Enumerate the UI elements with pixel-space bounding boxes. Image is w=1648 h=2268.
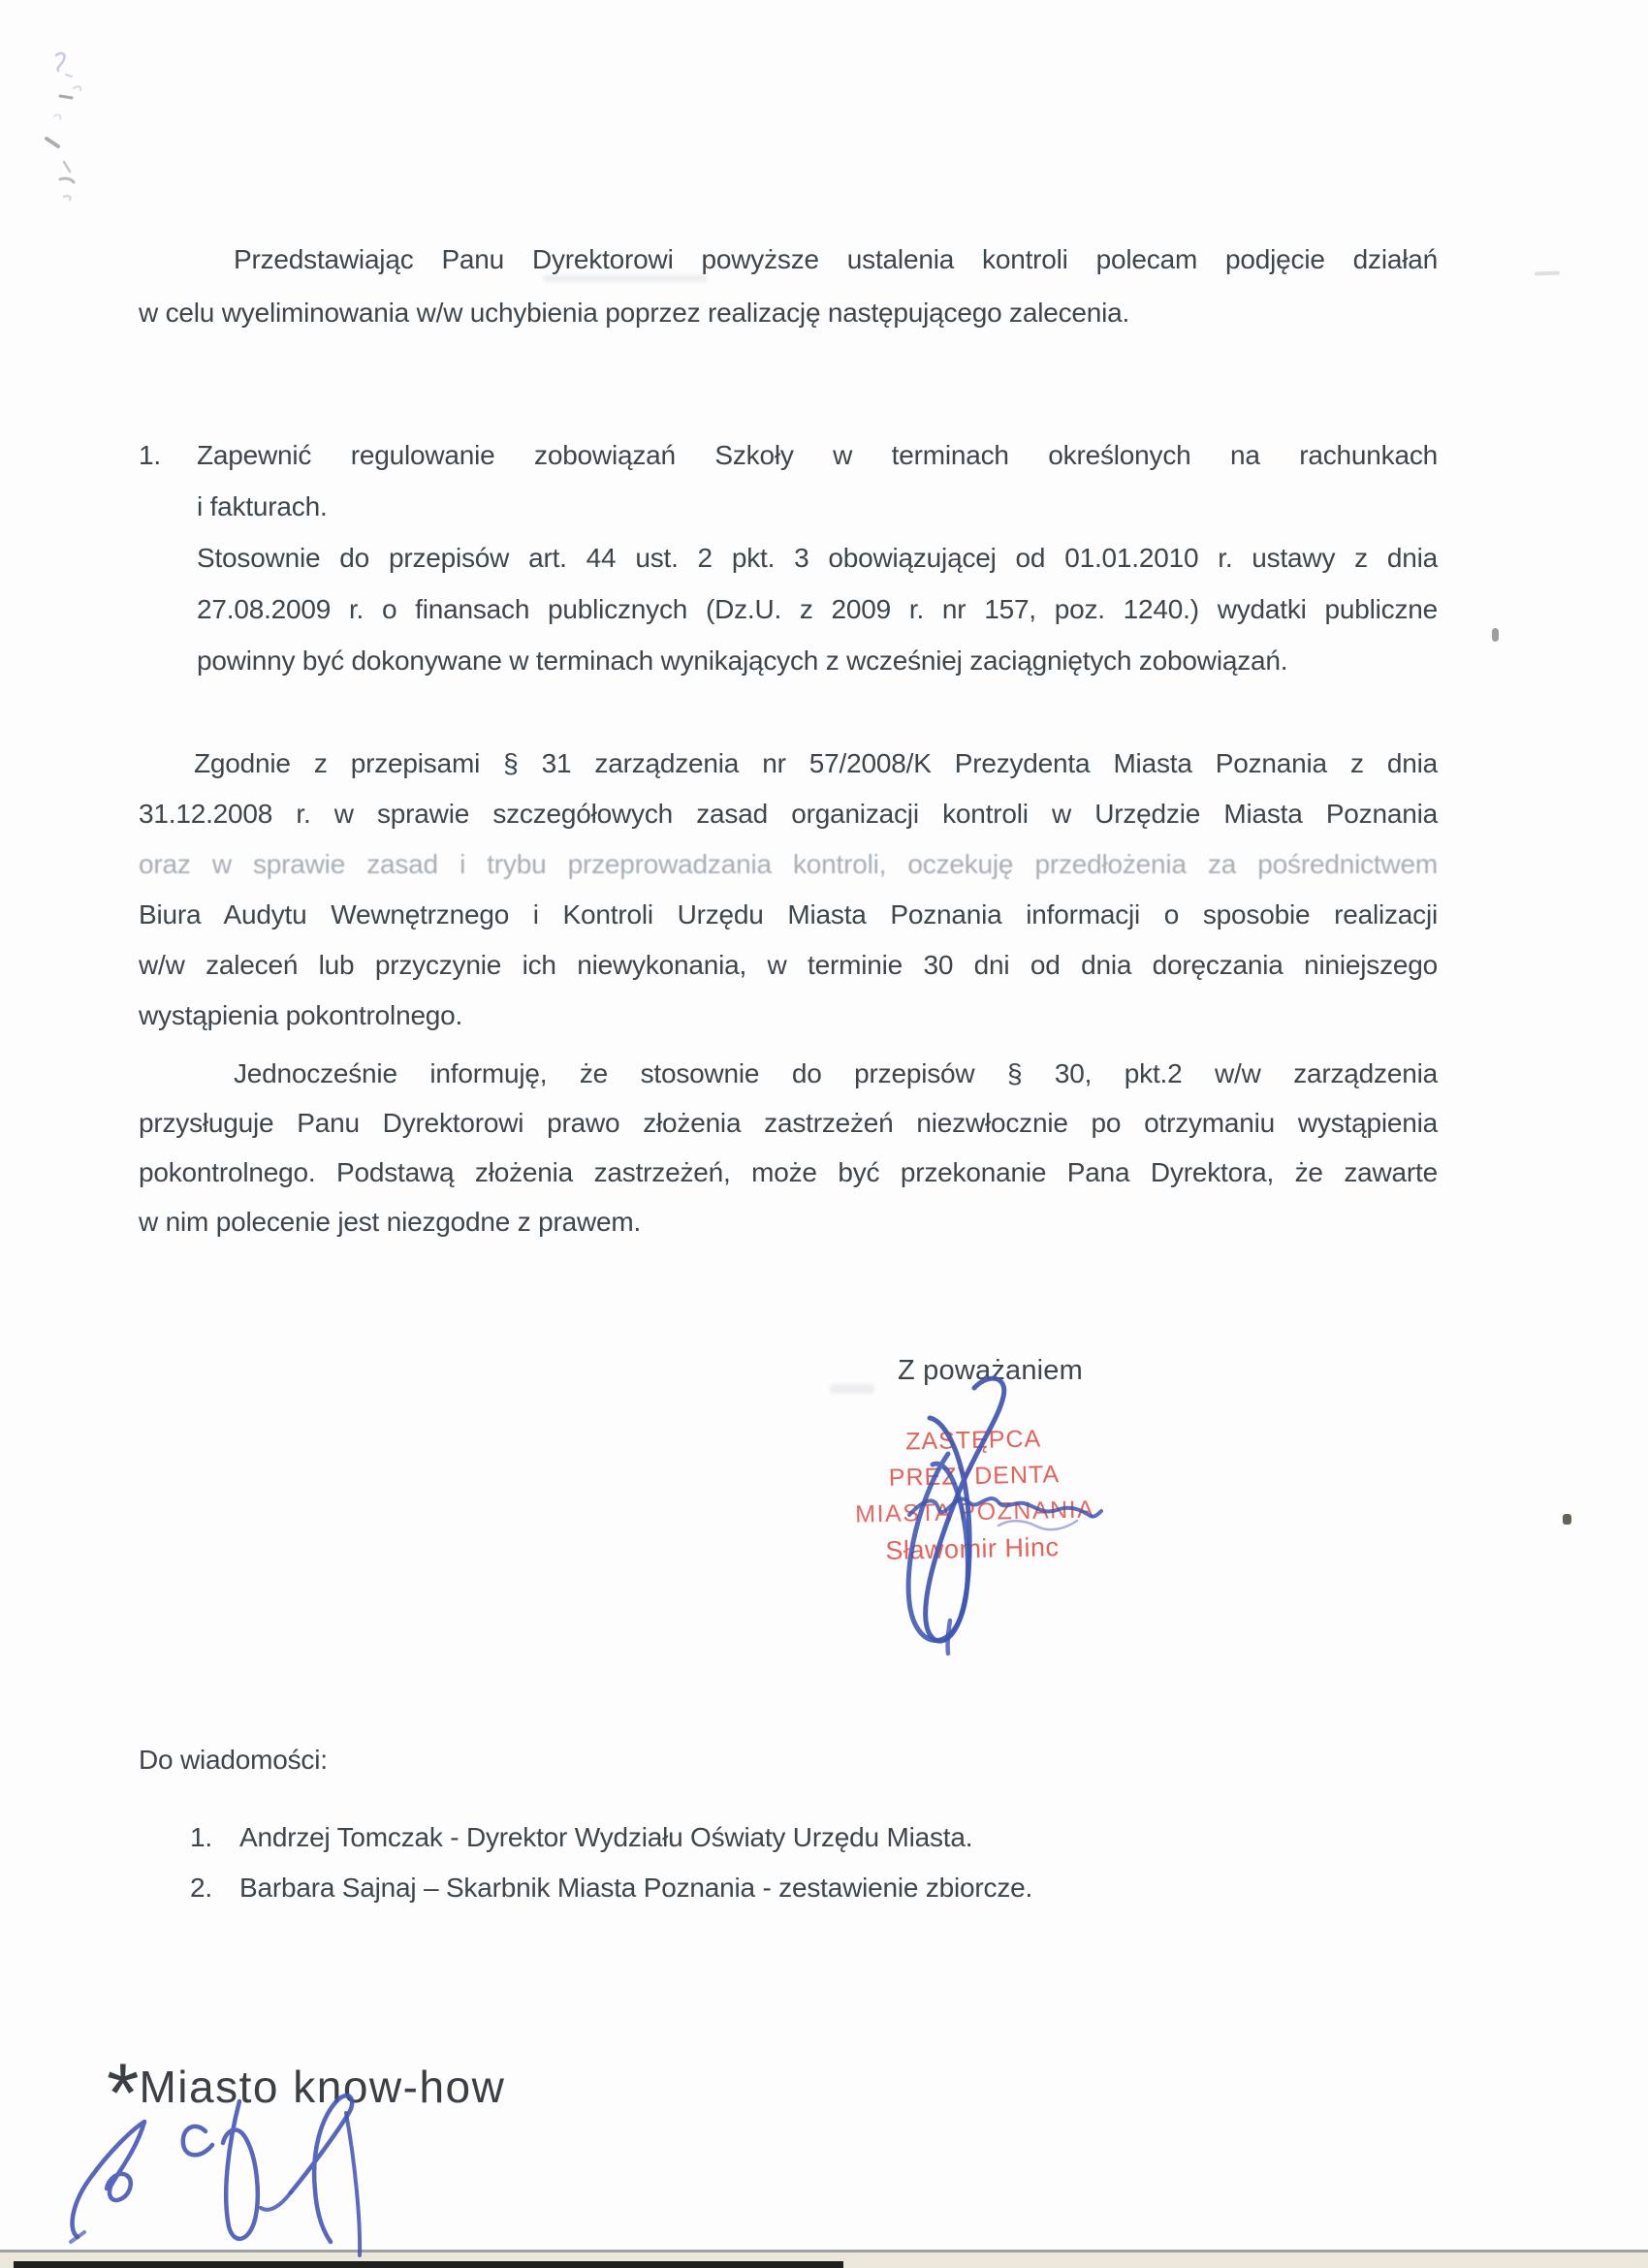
text-line: Przedstawiając Panu Dyrektorowi powyższe… (139, 233, 1438, 286)
scan-marks-topleft (29, 24, 155, 218)
cc-item-1: 1.Andrzej Tomczak - Dyrektor Wydziału Oś… (190, 1822, 972, 1853)
text-line: powinny być dokonywane w terminach wynik… (197, 635, 1438, 686)
cc-item-2: 2.Barbara Sajnaj – Skarbnik Miasta Pozna… (190, 1873, 1032, 1904)
signature-ink (853, 1367, 1163, 1667)
text-line: Jednocześnie informuję, że stosownie do … (139, 1049, 1438, 1098)
recommendation-item: 1. Zapewnić regulowanie zobowiązań Szkoł… (139, 429, 1438, 532)
recommendation-text: Zapewnić regulowanie zobowiązań Szkoły w… (197, 429, 1438, 532)
text-line: w nim polecenie jest niezgodne z prawem. (139, 1197, 1438, 1246)
text-line: w/w zaleceń lub przyczynie ich niewykona… (139, 940, 1438, 991)
cc-heading: Do wiadomości: (139, 1745, 328, 1776)
list-number: 2. (190, 1873, 239, 1904)
text-line: oraz w sprawie zasad i trybu przeprowadz… (139, 839, 1438, 890)
text-line: pokontrolnego. Podstawą złożenia zastrze… (139, 1148, 1438, 1197)
text-line: przysługuje Panu Dyrektorowi prawo złoże… (139, 1098, 1438, 1148)
text-line: Stosownie do przepisów art. 44 ust. 2 pk… (197, 532, 1438, 583)
scan-speck (1492, 628, 1499, 642)
text-line: Zgodnie z przepisami § 31 zarządzenia nr… (139, 739, 1438, 789)
scan-speck (1563, 1514, 1571, 1525)
text-line: w celu wyeliminowania w/w uchybienia pop… (139, 286, 1438, 339)
cc-item-text: Andrzej Tomczak - Dyrektor Wydziału Oświ… (239, 1822, 972, 1852)
paragraph-intro: Przedstawiając Panu Dyrektorowi powyższe… (139, 233, 1438, 339)
text-line: Zapewnić regulowanie zobowiązań Szkoły w… (197, 429, 1438, 481)
text-line: 27.08.2009 r. o finansach publicznych (D… (197, 583, 1438, 635)
list-number: 1. (139, 429, 161, 481)
paragraph-reporting-obligation: Zgodnie z przepisami § 31 zarządzenia nr… (139, 739, 1438, 1041)
scanned-letter-page: Przedstawiając Panu Dyrektorowi powyższe… (0, 0, 1648, 2268)
cc-item-text: Barbara Sajnaj – Skarbnik Miasta Poznani… (239, 1873, 1032, 1903)
recommendation-legal-basis: Stosownie do przepisów art. 44 ust. 2 pk… (197, 532, 1438, 686)
text-line: 31.12.2008 r. w sprawie szczegółowych za… (139, 789, 1438, 839)
text-line: Biura Audytu Wewnętrznego i Kontroli Urz… (139, 890, 1438, 940)
paragraph-objection-rights: Jednocześnie informuję, że stosownie do … (139, 1049, 1438, 1246)
text-line: wystąpienia pokontrolnego. (139, 991, 1438, 1041)
footer-signature-ink (58, 2084, 417, 2268)
text-line: i fakturach. (197, 481, 1438, 532)
scan-smudge (543, 275, 708, 282)
scan-speck (1535, 271, 1560, 276)
list-number: 1. (190, 1822, 239, 1853)
